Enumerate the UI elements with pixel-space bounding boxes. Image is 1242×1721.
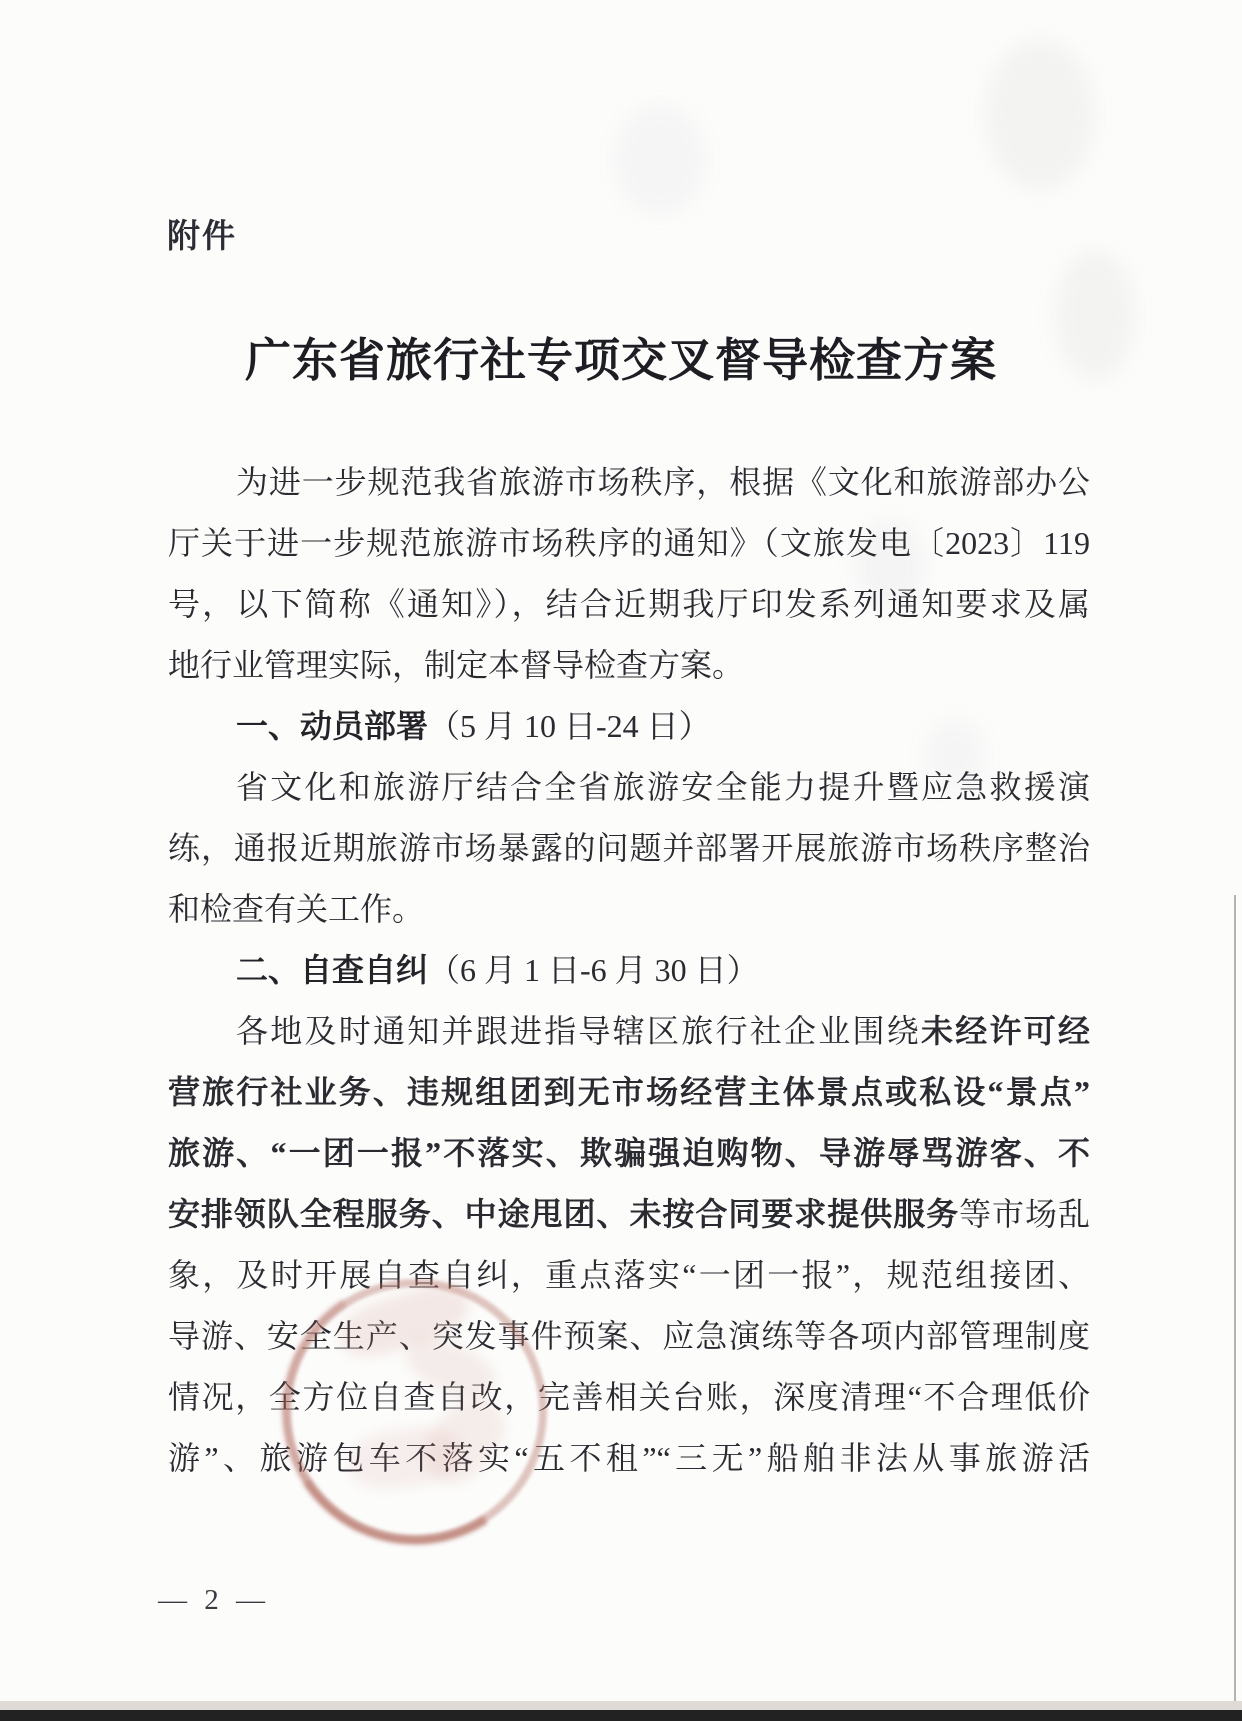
body-line: 营旅行社业务、违规组团到无市场经营主体景点或私设“景点” xyxy=(168,1062,1090,1123)
section-heading-1-dates: （5 月 10 日-24 日） xyxy=(428,708,711,744)
document-page: 附件 广东省旅行社专项交叉督导检查方案 为进一步规范我省旅游市场秩序，根据《文化… xyxy=(0,0,1242,1721)
section-heading-2-dates: （6 月 1 日-6 月 30 日） xyxy=(428,952,759,988)
body-line-bold: 未经许可经 xyxy=(921,1013,1090,1049)
body-line: 情况，全方位自查自改，完善相关台账，深度清理“不合理低价 xyxy=(168,1367,1090,1428)
body-line: 游”、旅游包车不落实“五不租”“三无”船舶非法从事旅游活 xyxy=(168,1428,1090,1489)
body-line: 厅关于进一步规范旅游市场秩序的通知》（文旅发电〔2023〕119 xyxy=(168,513,1090,574)
scan-smudge xyxy=(985,40,1095,190)
body-line: 省文化和旅游厅结合全省旅游安全能力提升暨应急救援演 xyxy=(168,757,1090,818)
section-heading-1: 一、动员部署（5 月 10 日-24 日） xyxy=(168,696,1090,757)
body-line: 各地及时通知并跟进指导辖区旅行社企业围绕未经许可经 xyxy=(168,1001,1090,1062)
document-title: 广东省旅行社专项交叉督导检查方案 xyxy=(0,324,1242,390)
body-line: 安排领队全程服务、中途甩团、未按合同要求提供服务等市场乱 xyxy=(168,1184,1090,1245)
section-heading-2-label: 二、自查自纠 xyxy=(236,952,428,988)
section-heading-1-label: 一、动员部署 xyxy=(236,708,428,744)
body-line: 为进一步规范我省旅游市场秩序，根据《文化和旅游部办公 xyxy=(168,452,1090,513)
body-line: 地行业管理实际，制定本督导检查方案。 xyxy=(168,635,1090,696)
document-body: 为进一步规范我省旅游市场秩序，根据《文化和旅游部办公 厅关于进一步规范旅游市场秩… xyxy=(168,452,1090,1489)
page-number: — 2 — xyxy=(158,1584,270,1617)
scan-edge-line xyxy=(1234,895,1236,1711)
body-line: 和检查有关工作。 xyxy=(168,879,1090,940)
scan-bottom-dark-bar xyxy=(0,1710,1242,1721)
scan-smudge xyxy=(615,105,705,215)
attachment-label: 附件 xyxy=(167,210,237,257)
body-line-regular: 等市场乱 xyxy=(959,1196,1090,1232)
body-line: 旅游、“一团一报”不落实、欺骗强迫购物、导游辱骂游客、不 xyxy=(168,1123,1090,1184)
body-line-regular: 各地及时通知并跟进指导辖区旅行社企业围绕 xyxy=(236,1013,921,1049)
body-line: 象，及时开展自查自纠，重点落实“一团一报”，规范组接团、 xyxy=(168,1245,1090,1306)
body-line: 导游、安全生产、突发事件预案、应急演练等各项内部管理制度 xyxy=(168,1306,1090,1367)
body-line: 号，以下简称《通知》），结合近期我厅印发系列通知要求及属 xyxy=(168,574,1090,635)
section-heading-2: 二、自查自纠（6 月 1 日-6 月 30 日） xyxy=(168,940,1090,1001)
body-line-bold: 安排领队全程服务、中途甩团、未按合同要求提供服务 xyxy=(168,1196,959,1232)
body-line: 练，通报近期旅游市场暴露的问题并部署开展旅游市场秩序整治 xyxy=(168,818,1090,879)
